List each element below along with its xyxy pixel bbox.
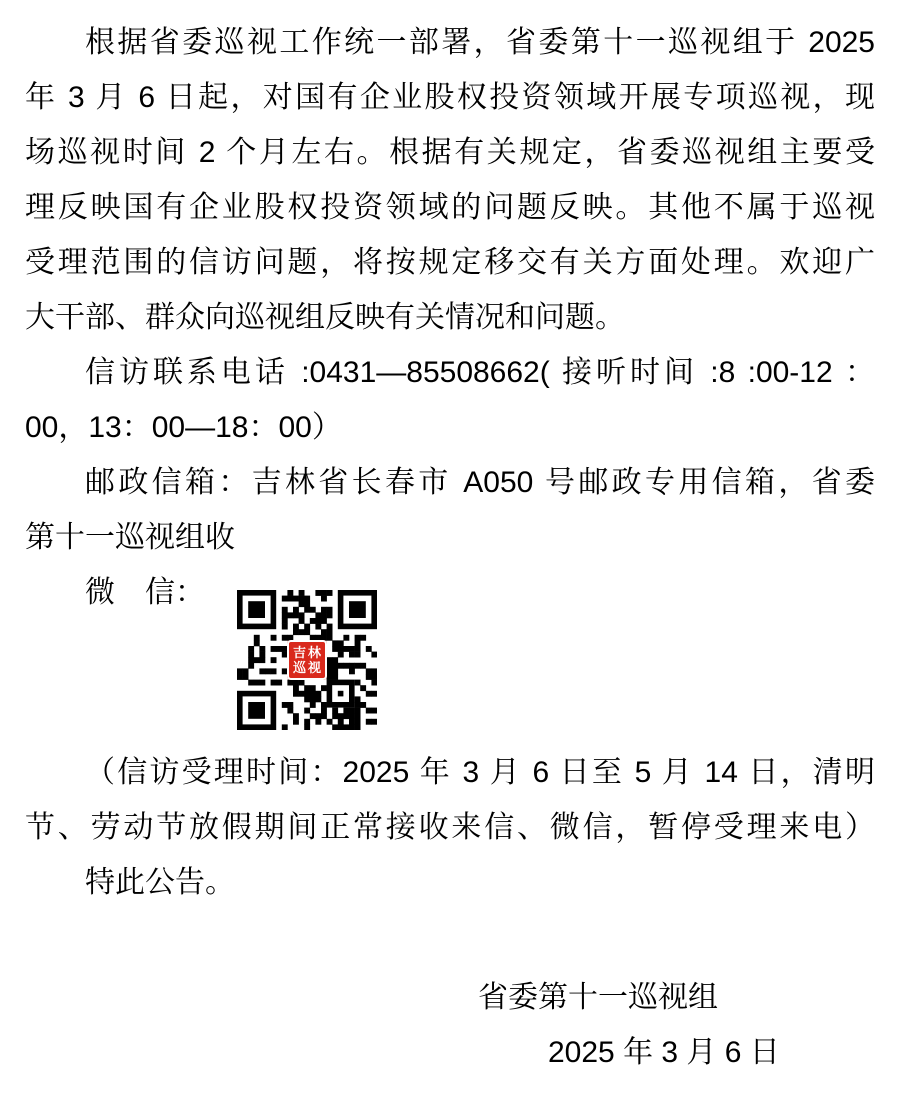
wechat-row: 微 信： 吉林 巡视	[25, 565, 875, 745]
signature-date: 2025 年 3 月 6 日	[25, 1025, 875, 1080]
closing-line: 特此公告。	[25, 855, 875, 910]
wechat-label: 微 信：	[25, 565, 205, 620]
seal-text-top: 吉林	[291, 645, 323, 660]
paragraph1-line5: 受理范围的信访问题，将按规定移交有关方面处理。欢迎广	[25, 235, 875, 290]
mailbox-line1: 邮政信箱：吉林省长春市 A050 号邮政专用信箱，省委	[25, 455, 875, 510]
signature-group-name: 省委第十一巡视组	[25, 970, 875, 1025]
wechat-qr-code: 吉林 巡视	[237, 590, 377, 730]
reception-time-line2: 节、劳动节放假期间正常接收来信、微信，暂停受理来电）	[25, 800, 875, 855]
reception-time-line1: （信访受理时间：2025 年 3 月 6 日至 5 月 14 日，清明	[25, 745, 875, 800]
phone-line2: 00，13：00—18：00）	[25, 400, 875, 455]
blank-space	[25, 910, 875, 970]
seal-text-bottom: 巡视	[291, 660, 323, 675]
paragraph1-line3: 场巡视时间 2 个月左右。根据有关规定，省委巡视组主要受	[25, 125, 875, 180]
paragraph1-line2: 年 3 月 6 日起，对国有企业股权投资领域开展专项巡视，现	[25, 70, 875, 125]
paragraph1-line4: 理反映国有企业股权投资领域的问题反映。其他不属于巡视	[25, 180, 875, 235]
jilin-inspection-seal: 吉林 巡视	[287, 640, 327, 680]
mailbox-line2: 第十一巡视组收	[25, 510, 875, 565]
announcement-document: 根据省委巡视工作统一部署，省委第十一巡视组于 2025 年 3 月 6 日起，对…	[0, 0, 900, 1080]
phone-line1: 信访联系电话 :0431—85508662( 接听时间 :8 :00-12 ：	[25, 345, 875, 400]
paragraph1-line6: 大干部、群众向巡视组反映有关情况和问题。	[25, 290, 875, 345]
paragraph1-line1: 根据省委巡视工作统一部署，省委第十一巡视组于 2025	[25, 15, 875, 70]
